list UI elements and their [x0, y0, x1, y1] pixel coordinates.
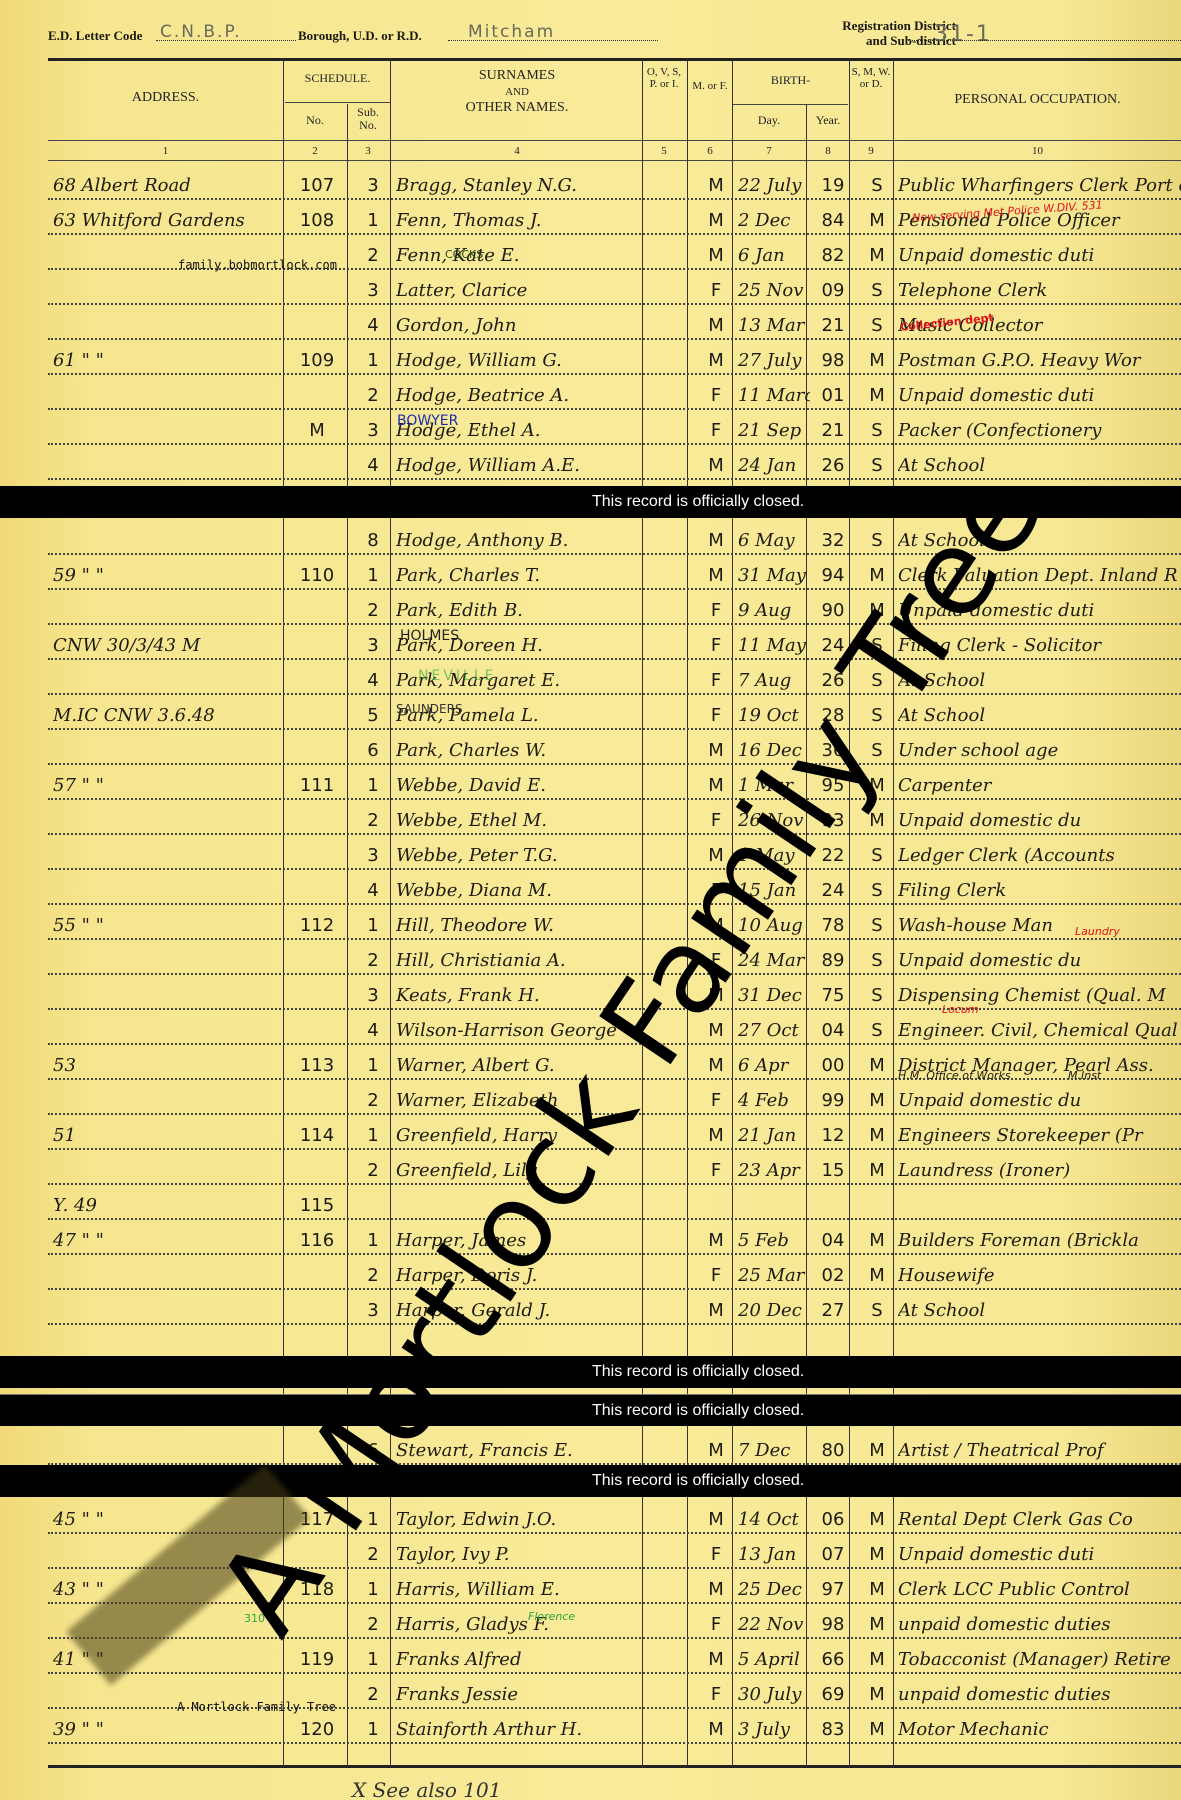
- cell-occupation: Tobacconist (Manager) Retire: [898, 1649, 1181, 1670]
- cell-sex: M: [696, 530, 736, 551]
- cell-status: M: [856, 245, 898, 266]
- cell-name: Harris, William E.: [396, 1579, 646, 1600]
- column-number: 1: [48, 143, 283, 159]
- cell-occupation: Unpaid domestic du: [898, 950, 1181, 971]
- cell-name: Gordon, John: [396, 315, 646, 336]
- cell-occupation: Filing Clerk: [898, 880, 1181, 901]
- column-number: 2: [285, 143, 345, 159]
- census-row: 4Park, Margaret E.F7 Aug26SAt School: [48, 658, 1181, 695]
- cell-address: 68 Albert Road: [53, 175, 283, 196]
- cell-year: 04: [812, 1020, 854, 1041]
- cell-occupation: Ledger Clerk (Accounts: [898, 845, 1181, 866]
- cell-status: M: [856, 1544, 898, 1565]
- cell-sub: 2: [353, 1614, 393, 1635]
- cell-occupation: Unpaid domestic duti: [898, 385, 1181, 406]
- closed-record-band: This record is officially closed.: [0, 1394, 1181, 1426]
- cell-sex: F: [696, 420, 736, 441]
- cell-year: 75: [812, 985, 854, 1006]
- cell-sub: 1: [353, 775, 393, 796]
- cell-year: 00: [812, 1055, 854, 1076]
- cell-year: 69: [812, 1684, 854, 1705]
- col-ovspi: O, V, S, P. or I.: [642, 66, 686, 90]
- cell-name: Franks Alfred: [396, 1649, 646, 1670]
- cell-sex: M: [696, 1230, 736, 1251]
- cell-sub: 1: [353, 210, 393, 231]
- cell-year: 99: [812, 1090, 854, 1111]
- cell-sub: 1: [353, 1055, 393, 1076]
- cell-sub: 1: [353, 1719, 393, 1740]
- cell-year: 12: [812, 1125, 854, 1146]
- cell-year: 15: [812, 1160, 854, 1181]
- cell-day: 21 Sep: [738, 420, 810, 441]
- cell-day: 6 May: [738, 530, 810, 551]
- census-row: 3Webbe, Peter T.G.M1 May22SLedger Clerk …: [48, 833, 1181, 870]
- cell-status: M: [856, 350, 898, 371]
- census-row: 6Park, Charles W.M16 Dec36SUnder school …: [48, 728, 1181, 765]
- cell-occupation: Artist / Theatrical Prof: [898, 1440, 1181, 1461]
- cell-sub: 1: [353, 1230, 393, 1251]
- cell-status: M: [856, 1614, 898, 1635]
- cell-name: Hodge, William G.: [396, 350, 646, 371]
- annotation-neville: NEVILLE: [418, 668, 496, 684]
- header-rule: [48, 58, 1181, 61]
- cell-year: 21: [812, 315, 854, 336]
- cell-day: 2 Dec: [738, 210, 810, 231]
- census-row: M3Hodge, Ethel A.F21 Sep21SPacker (Confe…: [48, 408, 1181, 445]
- cell-day: 6 Apr: [738, 1055, 810, 1076]
- cell-day: 5 Feb: [738, 1230, 810, 1251]
- census-row: 47 " "1161Harper, JamesM5 Feb04MBuilders…: [48, 1218, 1181, 1255]
- cell-status: M: [856, 1719, 898, 1740]
- cell-occupation: Telephone Clerk: [898, 280, 1181, 301]
- annotation-hm-office: H.M. Office of Works: [898, 1069, 1011, 1082]
- cell-status: M: [856, 1160, 898, 1181]
- column-number: 7: [733, 143, 805, 159]
- cell-status: S: [856, 1300, 898, 1321]
- col-smwd: S, M, W. or D.: [850, 66, 892, 90]
- cell-sex: F: [696, 600, 736, 621]
- cell-day: 24 Jan: [738, 455, 810, 476]
- cell-name: Webbe, David E.: [396, 775, 646, 796]
- annotation-holmes: HOLMES: [400, 628, 459, 644]
- cell-status: M: [856, 1440, 898, 1461]
- cell-year: 82: [812, 245, 854, 266]
- cell-sex: M: [696, 245, 736, 266]
- closed-record-band: This record is officially closed.: [0, 1356, 1181, 1388]
- cell-occupation: Builders Foreman (Brickla: [898, 1230, 1181, 1251]
- cell-name: Park, Charles W.: [396, 740, 646, 761]
- cell-status: M: [856, 1509, 898, 1530]
- cell-sex: F: [696, 635, 736, 656]
- cell-year: 26: [812, 455, 854, 476]
- cell-sex: M: [696, 455, 736, 476]
- column-number: 4: [392, 143, 642, 159]
- cell-sub: 4: [353, 1020, 393, 1041]
- cell-year: 32: [812, 530, 854, 551]
- cell-status: M: [856, 1055, 898, 1076]
- cell-sched: 108: [288, 210, 346, 231]
- annotation-locum: Locum: [942, 1003, 979, 1016]
- cell-year: 66: [812, 1649, 854, 1670]
- cell-sex: M: [696, 1125, 736, 1146]
- annotation-laundry: Laundry: [1075, 925, 1120, 938]
- cell-name: Franks Jessie: [396, 1684, 646, 1705]
- census-row: 4Webbe, Diana M.F15 Jan24SFiling Clerk: [48, 868, 1181, 905]
- cell-sex: M: [696, 565, 736, 586]
- cell-occupation: Engineer. Civil, Chemical Qual: [898, 1020, 1181, 1041]
- cell-address: 61 " ": [53, 350, 283, 371]
- cell-day: 4 Feb: [738, 1090, 810, 1111]
- cell-year: 98: [812, 1614, 854, 1635]
- cell-sex: F: [696, 1265, 736, 1286]
- cell-sex: F: [696, 1684, 736, 1705]
- footer-note: X See also 101: [352, 1778, 501, 1800]
- cell-sub: 1: [353, 350, 393, 371]
- cell-sub: 3: [353, 280, 393, 301]
- cell-year: 02: [812, 1265, 854, 1286]
- cell-sched: 111: [288, 775, 346, 796]
- cell-year: 78: [812, 915, 854, 936]
- cell-address: 59 " ": [53, 565, 283, 586]
- cell-sub: 2: [353, 600, 393, 621]
- cell-name: Hodge, Anthony B.: [396, 530, 646, 551]
- cell-sched: 114: [288, 1125, 346, 1146]
- ed-letter-code-label: E.D. Letter Code: [48, 28, 142, 44]
- cell-day: 25 Dec: [738, 1579, 810, 1600]
- cell-sex: F: [696, 1614, 736, 1635]
- cell-status: S: [856, 1020, 898, 1041]
- cell-name: Hill, Theodore W.: [396, 915, 646, 936]
- cell-sex: M: [696, 1649, 736, 1670]
- column-number: 5: [642, 143, 686, 159]
- table-bottom-rule: [48, 1765, 1181, 1768]
- cell-name: Fenn, Thomas J.: [396, 210, 646, 231]
- cell-sched: 112: [288, 915, 346, 936]
- cell-day: 14 Oct: [738, 1509, 810, 1530]
- cell-occupation: At School: [898, 1300, 1181, 1321]
- column-number: 3: [347, 143, 389, 159]
- schedule-divider: [285, 102, 390, 103]
- col-birth-year: Year.: [807, 112, 849, 128]
- cell-day: 13 Jan: [738, 1544, 810, 1565]
- col-sub-no: Sub. No.: [347, 106, 389, 132]
- cell-status: M: [856, 1684, 898, 1705]
- cell-sub: 4: [353, 315, 393, 336]
- cell-status: M: [856, 1579, 898, 1600]
- cell-sub: 4: [353, 880, 393, 901]
- cell-occupation: unpaid domestic duties: [898, 1614, 1181, 1635]
- cell-address: 55 " ": [53, 915, 283, 936]
- ed-letter-code-value: C.N.B.P.: [160, 22, 241, 42]
- cell-sub: 6: [353, 740, 393, 761]
- cell-name: Webbe, Ethel M.: [396, 810, 646, 831]
- cell-day: 22 Nov: [738, 1614, 810, 1635]
- cell-day: 27 Oct: [738, 1020, 810, 1041]
- cell-status: M: [856, 1125, 898, 1146]
- cell-sub: 3: [353, 175, 393, 196]
- census-row: 3Latter, ClariceF25 Nov09STelephone Cler…: [48, 268, 1181, 305]
- column-number: 10: [894, 143, 1181, 159]
- cell-occupation: Rental Dept Clerk Gas Co: [898, 1509, 1181, 1530]
- cell-sex: M: [696, 1509, 736, 1530]
- annotation-bowyer: BOWYER: [397, 413, 458, 429]
- cell-sched: M: [288, 420, 346, 441]
- cell-year: 94: [812, 565, 854, 586]
- cell-status: S: [856, 915, 898, 936]
- cell-name: Webbe, Diana M.: [396, 880, 646, 901]
- census-row: 68 Albert Road1073Bragg, Stanley N.G.M22…: [48, 163, 1181, 200]
- col-birth: BIRTH-: [733, 72, 848, 88]
- cell-sub: 4: [353, 455, 393, 476]
- col-birth-day: Day.: [733, 112, 805, 128]
- cell-sex: F: [696, 385, 736, 406]
- cell-sex: M: [696, 350, 736, 371]
- cell-sub: 1: [353, 1579, 393, 1600]
- cell-day: 22 July: [738, 175, 810, 196]
- cell-sub: 8: [353, 530, 393, 551]
- cell-occupation: Wash-house Man: [898, 915, 1181, 936]
- cell-address: CNW 30/3/43 M: [53, 635, 283, 656]
- cell-sex: F: [696, 1544, 736, 1565]
- cell-sched: 107: [288, 175, 346, 196]
- cell-day: 11 March: [738, 385, 810, 406]
- cell-occupation: Public Wharfingers Clerk Port of Lo: [898, 175, 1181, 196]
- cell-sub: 1: [353, 1125, 393, 1146]
- cell-sub: 3: [353, 985, 393, 1006]
- cell-day: 5 April: [738, 1649, 810, 1670]
- cell-sub: 2: [353, 950, 393, 971]
- cell-name: Hodge, William A.E.: [396, 455, 646, 476]
- cell-address: 63 Whitford Gardens: [53, 210, 283, 231]
- cell-day: 21 Jan: [738, 1125, 810, 1146]
- cell-occupation: Unpaid domestic du: [898, 810, 1181, 831]
- cell-status: S: [856, 845, 898, 866]
- annotation-saunders: SAUNDERS: [396, 702, 463, 716]
- cell-occupation: Engineers Storekeeper (Pr: [898, 1125, 1181, 1146]
- cell-sex: F: [696, 1160, 736, 1181]
- census-row: 55 " "1121Hill, Theodore W.M10 Aug78SWas…: [48, 903, 1181, 940]
- cell-address: 47 " ": [53, 1230, 283, 1251]
- header-divider: [48, 140, 1181, 141]
- cell-name: Taylor, Edwin J.O.: [396, 1509, 646, 1530]
- census-row: CNW 30/3/43 M3Park, Doreen H.F11 May24SF…: [48, 623, 1181, 660]
- cell-status: S: [856, 880, 898, 901]
- cell-sex: F: [696, 280, 736, 301]
- cell-year: 07: [812, 1544, 854, 1565]
- registration-district-value: 31-1: [934, 22, 992, 47]
- cell-sex: M: [696, 740, 736, 761]
- cell-name: Hodge, Beatrice A.: [396, 385, 646, 406]
- cell-day: 6 Jan: [738, 245, 810, 266]
- cell-sched: 116: [288, 1230, 346, 1251]
- cell-sched: 115: [288, 1195, 346, 1216]
- dotted-leader: [448, 40, 658, 41]
- cell-occupation: Unpaid domestic duti: [898, 1544, 1181, 1565]
- cell-occupation: unpaid domestic duties: [898, 1684, 1181, 1705]
- cell-sex: F: [696, 1090, 736, 1111]
- cell-occupation: Under school age: [898, 740, 1181, 761]
- cell-day: 7 Dec: [738, 1440, 810, 1461]
- cell-status: M: [856, 385, 898, 406]
- cell-sub: 2: [353, 1265, 393, 1286]
- cell-year: 06: [812, 1509, 854, 1530]
- cell-day: 23 Apr: [738, 1160, 810, 1181]
- cell-status: S: [856, 175, 898, 196]
- cell-day: 11 May: [738, 635, 810, 656]
- cell-sub: 2: [353, 385, 393, 406]
- cell-year: 84: [812, 210, 854, 231]
- cell-sex: F: [696, 670, 736, 691]
- cell-sub: 2: [353, 245, 393, 266]
- cell-status: M: [856, 210, 898, 231]
- cell-sub: 1: [353, 565, 393, 586]
- cell-sched: 110: [288, 565, 346, 586]
- cell-year: 89: [812, 950, 854, 971]
- cell-day: 3 July: [738, 1719, 810, 1740]
- col-schedule: SCHEDULE.: [285, 70, 390, 86]
- census-row: 3Harper, Gerald J.M20 Dec27SAt School: [48, 1288, 1181, 1325]
- cell-sex: M: [696, 1440, 736, 1461]
- cell-occupation: Motor Mechanic: [898, 1719, 1181, 1740]
- cell-status: S: [856, 950, 898, 971]
- cell-occupation: Clerk LCC Public Control: [898, 1579, 1181, 1600]
- borough-value: Mitcham: [468, 22, 555, 42]
- cell-address: M.IC CNW 3.6.48: [53, 705, 283, 726]
- birth-divider: [733, 104, 848, 105]
- cell-name: Latter, Clarice: [396, 280, 646, 301]
- cell-address: 57 " ": [53, 775, 283, 796]
- cell-year: 83: [812, 1719, 854, 1740]
- cell-sex: M: [696, 315, 736, 336]
- cell-name: Webbe, Peter T.G.: [396, 845, 646, 866]
- cell-name: Bragg, Stanley N.G.: [396, 175, 646, 196]
- cell-sub: 3: [353, 635, 393, 656]
- census-row: 2Webbe, Ethel M.F26 Nov93MUnpaid domesti…: [48, 798, 1181, 835]
- census-row: 61 " "1091Hodge, William G.M27 July98MPo…: [48, 338, 1181, 375]
- cell-sex: M: [696, 175, 736, 196]
- cell-status: S: [856, 985, 898, 1006]
- cell-sub: 3: [353, 420, 393, 441]
- cell-sched: 120: [288, 1719, 346, 1740]
- col-m-or-f: M. or F.: [688, 80, 732, 92]
- cell-sub: 4: [353, 670, 393, 691]
- cell-year: 09: [812, 280, 854, 301]
- cell-occupation: Housewife: [898, 1265, 1181, 1286]
- cell-sex: M: [696, 1300, 736, 1321]
- cell-day: 13 Mar: [738, 315, 810, 336]
- annotation-florence: Florence: [528, 1610, 575, 1623]
- cell-day: 31 May: [738, 565, 810, 586]
- cell-name: Stainforth Arthur H.: [396, 1719, 646, 1740]
- cell-name: Taylor, Ivy P.: [396, 1544, 646, 1565]
- cell-occupation: Laundress (Ironer): [898, 1160, 1181, 1181]
- cell-name: Park, Edith B.: [396, 600, 646, 621]
- col-schedule-no: No.: [285, 112, 345, 128]
- census-row: M.IC CNW 3.6.485Park, Pamela L.F19 Oct28…: [48, 693, 1181, 730]
- cell-occupation: Unpaid domestic du: [898, 1090, 1181, 1111]
- census-row: 4Gordon, JohnM13 Mar21SMusic Collector: [48, 303, 1181, 340]
- col-surnames: SURNAMES AND OTHER NAMES.: [392, 68, 642, 116]
- cell-status: S: [856, 315, 898, 336]
- cell-sub: 3: [353, 845, 393, 866]
- cell-year: 21: [812, 420, 854, 441]
- census-row: 2Harper, Doris J.F25 Mar02MHousewife: [48, 1253, 1181, 1290]
- cell-sched: 109: [288, 350, 346, 371]
- cell-status: S: [856, 420, 898, 441]
- cell-occupation: Carpenter: [898, 775, 1181, 796]
- cell-occupation: Packer (Confectionery: [898, 420, 1181, 441]
- cell-sub: 2: [353, 810, 393, 831]
- column-number: 9: [850, 143, 892, 159]
- cell-sub: 2: [353, 1090, 393, 1111]
- cell-address: 53: [53, 1055, 283, 1076]
- cell-year: 04: [812, 1230, 854, 1251]
- header-divider: [48, 160, 1181, 161]
- cell-sub: 2: [353, 1160, 393, 1181]
- annotation-cocks: COCKS: [445, 248, 483, 261]
- cell-occupation: Dispensing Chemist (Qual. M: [898, 985, 1181, 1006]
- cell-occupation: Unpaid domestic duti: [898, 245, 1181, 266]
- cell-occupation: Postman G.P.O. Heavy Wor: [898, 350, 1181, 371]
- cell-day: 30 July: [738, 1684, 810, 1705]
- closed-record-band: This record is officially closed.: [0, 1465, 1181, 1497]
- col-occupation: PERSONAL OCCUPATION.: [894, 92, 1181, 108]
- borough-label: Borough, U.D. or R.D.: [298, 28, 422, 44]
- cell-sub: 1: [353, 1649, 393, 1670]
- cell-year: 19: [812, 175, 854, 196]
- cell-sex: M: [696, 1719, 736, 1740]
- cell-status: S: [856, 280, 898, 301]
- cell-status: M: [856, 1090, 898, 1111]
- census-row: 2Harris, Gladys F.F22 Nov98Munpaid domes…: [48, 1602, 1181, 1639]
- cell-address: 39 " ": [53, 1719, 283, 1740]
- cell-sex: F: [696, 705, 736, 726]
- census-row: 4Hodge, William A.E.M24 Jan26SAt School: [48, 443, 1181, 480]
- column-number: 6: [688, 143, 732, 159]
- cell-status: M: [856, 1230, 898, 1251]
- cell-year: 80: [812, 1440, 854, 1461]
- cell-status: S: [856, 455, 898, 476]
- cell-sex: M: [696, 1579, 736, 1600]
- cell-sex: M: [696, 210, 736, 231]
- small-watermark: A Mortlock Family Tree: [177, 1700, 336, 1714]
- cell-year: 01: [812, 385, 854, 406]
- cell-day: 27 July: [738, 350, 810, 371]
- cell-year: 97: [812, 1579, 854, 1600]
- cell-status: M: [856, 1649, 898, 1670]
- cell-name: Harris, Gladys F.: [396, 1614, 646, 1635]
- cell-name: Fenn, Kate E.: [396, 245, 646, 266]
- cell-day: 20 Dec: [738, 1300, 810, 1321]
- cell-status: M: [856, 1265, 898, 1286]
- register-header: E.D. Letter Code C.N.B.P. Borough, U.D. …: [48, 18, 1181, 48]
- census-row: 6Stewart, Francis E.M7 Dec80MArtist / Th…: [48, 1428, 1181, 1465]
- col-address: ADDRESS.: [48, 90, 283, 106]
- dotted-leader: [908, 40, 1181, 41]
- cell-year: 98: [812, 350, 854, 371]
- cell-sub: 5: [353, 705, 393, 726]
- cell-year: 27: [812, 1300, 854, 1321]
- cell-sub: 2: [353, 1684, 393, 1705]
- cell-day: 9 Aug: [738, 600, 810, 621]
- cell-name: Park, Charles T.: [396, 565, 646, 586]
- cell-sched: 113: [288, 1055, 346, 1076]
- column-number: 8: [807, 143, 849, 159]
- census-row: 57 " "1111Webbe, David E.M1 Mar95MCarpen…: [48, 763, 1181, 800]
- dotted-leader: [156, 40, 296, 41]
- site-watermark: family.bobmortlock.com: [178, 258, 337, 272]
- cell-day: 25 Mar: [738, 1265, 810, 1286]
